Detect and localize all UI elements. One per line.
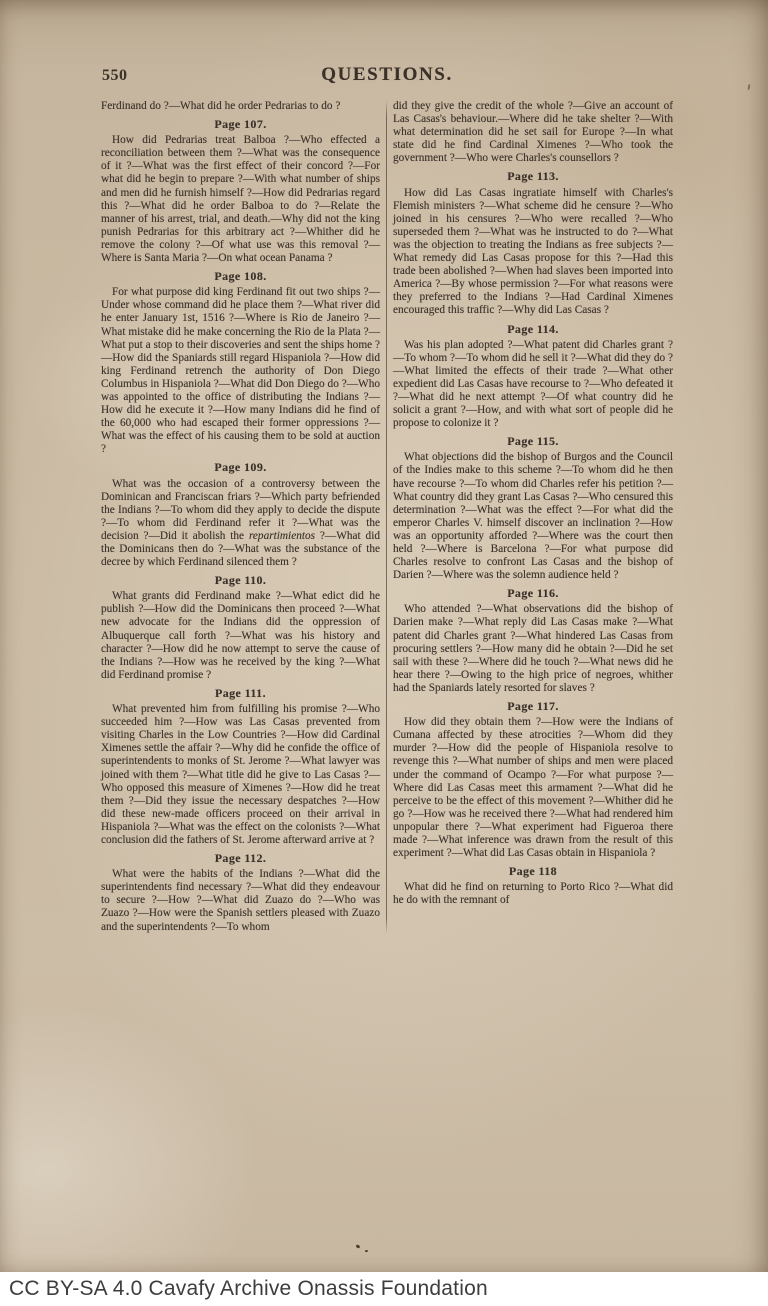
question-paragraph: How did Pedrarias treat Balboa ?—Who eff… (101, 134, 380, 265)
page-heading: Page 107. (101, 118, 380, 131)
book-page-scan: 550 QUESTIONS. Ferdinand do ?—What did h… (0, 0, 768, 1272)
question-paragraph: What was the occasion of a controversy b… (101, 478, 380, 570)
question-paragraph: Who attended ?—What observations did the… (393, 603, 673, 695)
page-heading: Page 115. (393, 435, 673, 448)
page-heading: Page 108. (101, 270, 380, 283)
page-heading: Page 116. (393, 587, 673, 600)
column-divider-rule (386, 100, 387, 934)
ink-speck (365, 1250, 368, 1253)
question-paragraph: How did they obtain them ?—How were the … (393, 716, 673, 860)
question-paragraph: did they give the credit of the whole ?—… (393, 100, 673, 165)
folio-number: 550 (102, 67, 128, 85)
page-heading: Page 114. (393, 323, 673, 336)
column-left: Ferdinand do ?—What did he order Pedrari… (101, 100, 380, 934)
question-paragraph: For what purpose did king Ferdinand fit … (101, 286, 380, 456)
ink-speck (747, 84, 750, 90)
page-heading: Page 113. (393, 170, 673, 183)
license-text: CC BY-SA 4.0 Cavafy Archive Onassis Foun… (0, 1277, 488, 1301)
question-paragraph: Ferdinand do ?—What did he order Pedrari… (101, 100, 380, 113)
page-heading: Page 112. (101, 852, 380, 865)
text-block: Ferdinand do ?—What did he order Pedrari… (101, 100, 673, 934)
question-paragraph: What did he find on returning to Porto R… (393, 881, 673, 907)
question-paragraph: How did Las Casas ingratiate himself wit… (393, 187, 673, 318)
running-head: 550 QUESTIONS. (100, 64, 674, 88)
page-heading: Page 110. (101, 574, 380, 587)
ink-speck (356, 1244, 361, 1249)
page-title: QUESTIONS. (100, 64, 674, 86)
page-heading: Page 118 (393, 865, 673, 878)
italic-term: repartimientos (249, 530, 315, 542)
question-paragraph: What objections did the bishop of Burgos… (393, 451, 673, 582)
page-heading: Page 109. (101, 461, 380, 474)
question-paragraph: What prevented him from fulfilling his p… (101, 703, 380, 847)
question-paragraph: Was his plan adopted ?—What patent did C… (393, 339, 673, 431)
page-heading: Page 117. (393, 700, 673, 713)
license-bar: CC BY-SA 4.0 Cavafy Archive Onassis Foun… (0, 1272, 768, 1306)
question-paragraph: What were the habits of the Indians ?—Wh… (101, 868, 380, 933)
page-heading: Page 111. (101, 687, 380, 700)
column-right: did they give the credit of the whole ?—… (393, 100, 673, 934)
question-paragraph: What grants did Ferdinand make ?—What ed… (101, 590, 380, 682)
